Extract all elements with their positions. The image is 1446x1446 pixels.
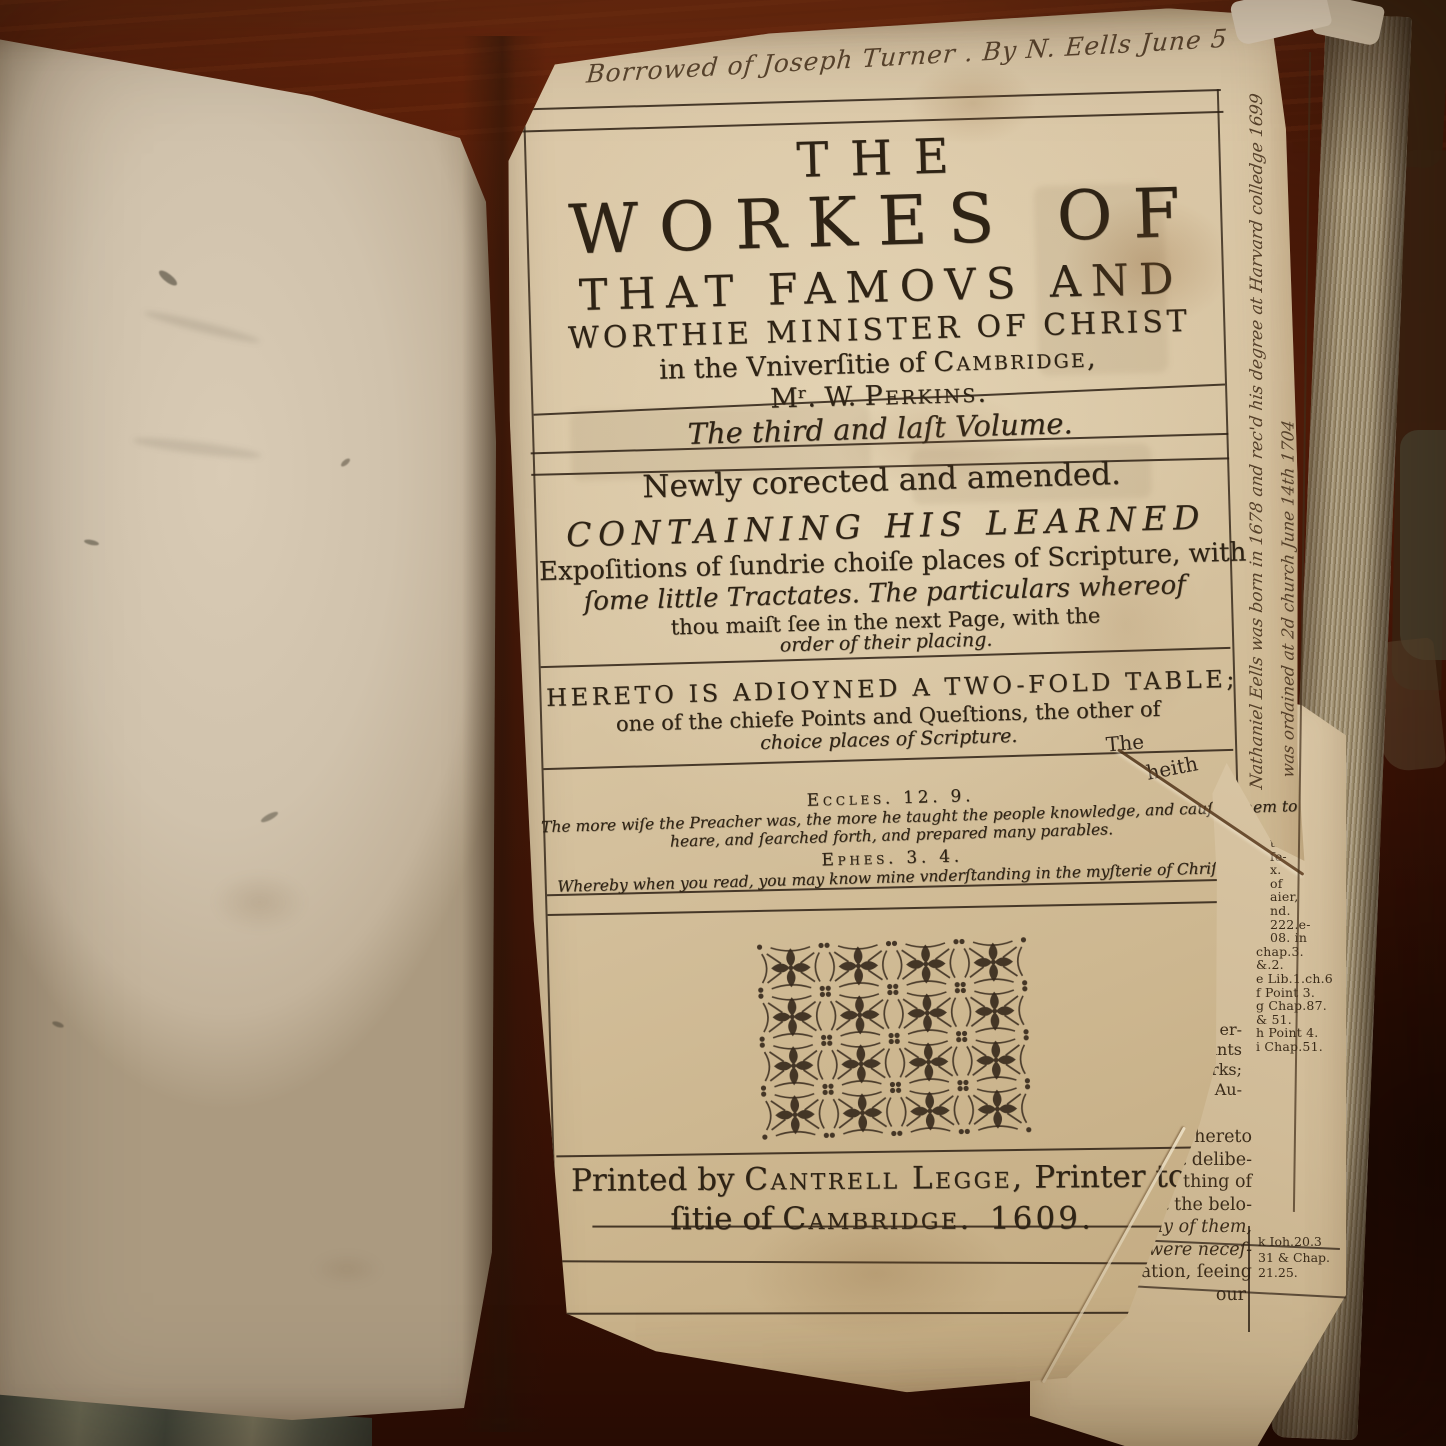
handwritten-margin-note-2: was ordained at 2d church June 14th 1704 [1279,296,1298,779]
imprint-line-1: Printed by Cantrell Legge, Printer to th… [571,1158,1211,1198]
handwritten-margin-note-1: Nathaniel Eells was born in 1678 and rec… [1247,62,1267,791]
left-blank-page [0,22,508,1434]
woodcut-ornament [756,937,1031,1140]
under-leaf-scripture-refs: k Ioh.20.331 & Chap. 21.25. [1258,1234,1330,1281]
imprint-line-2: ſitie of Cambridge.1609. [562,1200,1202,1237]
section-rule [523,1260,1203,1264]
section-rule [548,901,1244,916]
section-rule [521,1312,1145,1315]
damaged-cover-fragment [1400,430,1446,660]
border-rule [521,89,1221,110]
photo-scene: { "colors": { "wood": "#5a1e0b", "wood_d… [0,0,1446,1446]
imprint-year: 1609. [990,1200,1094,1236]
section-rule [556,1146,1200,1157]
under-leaf-column-rule [1248,1226,1250,1332]
